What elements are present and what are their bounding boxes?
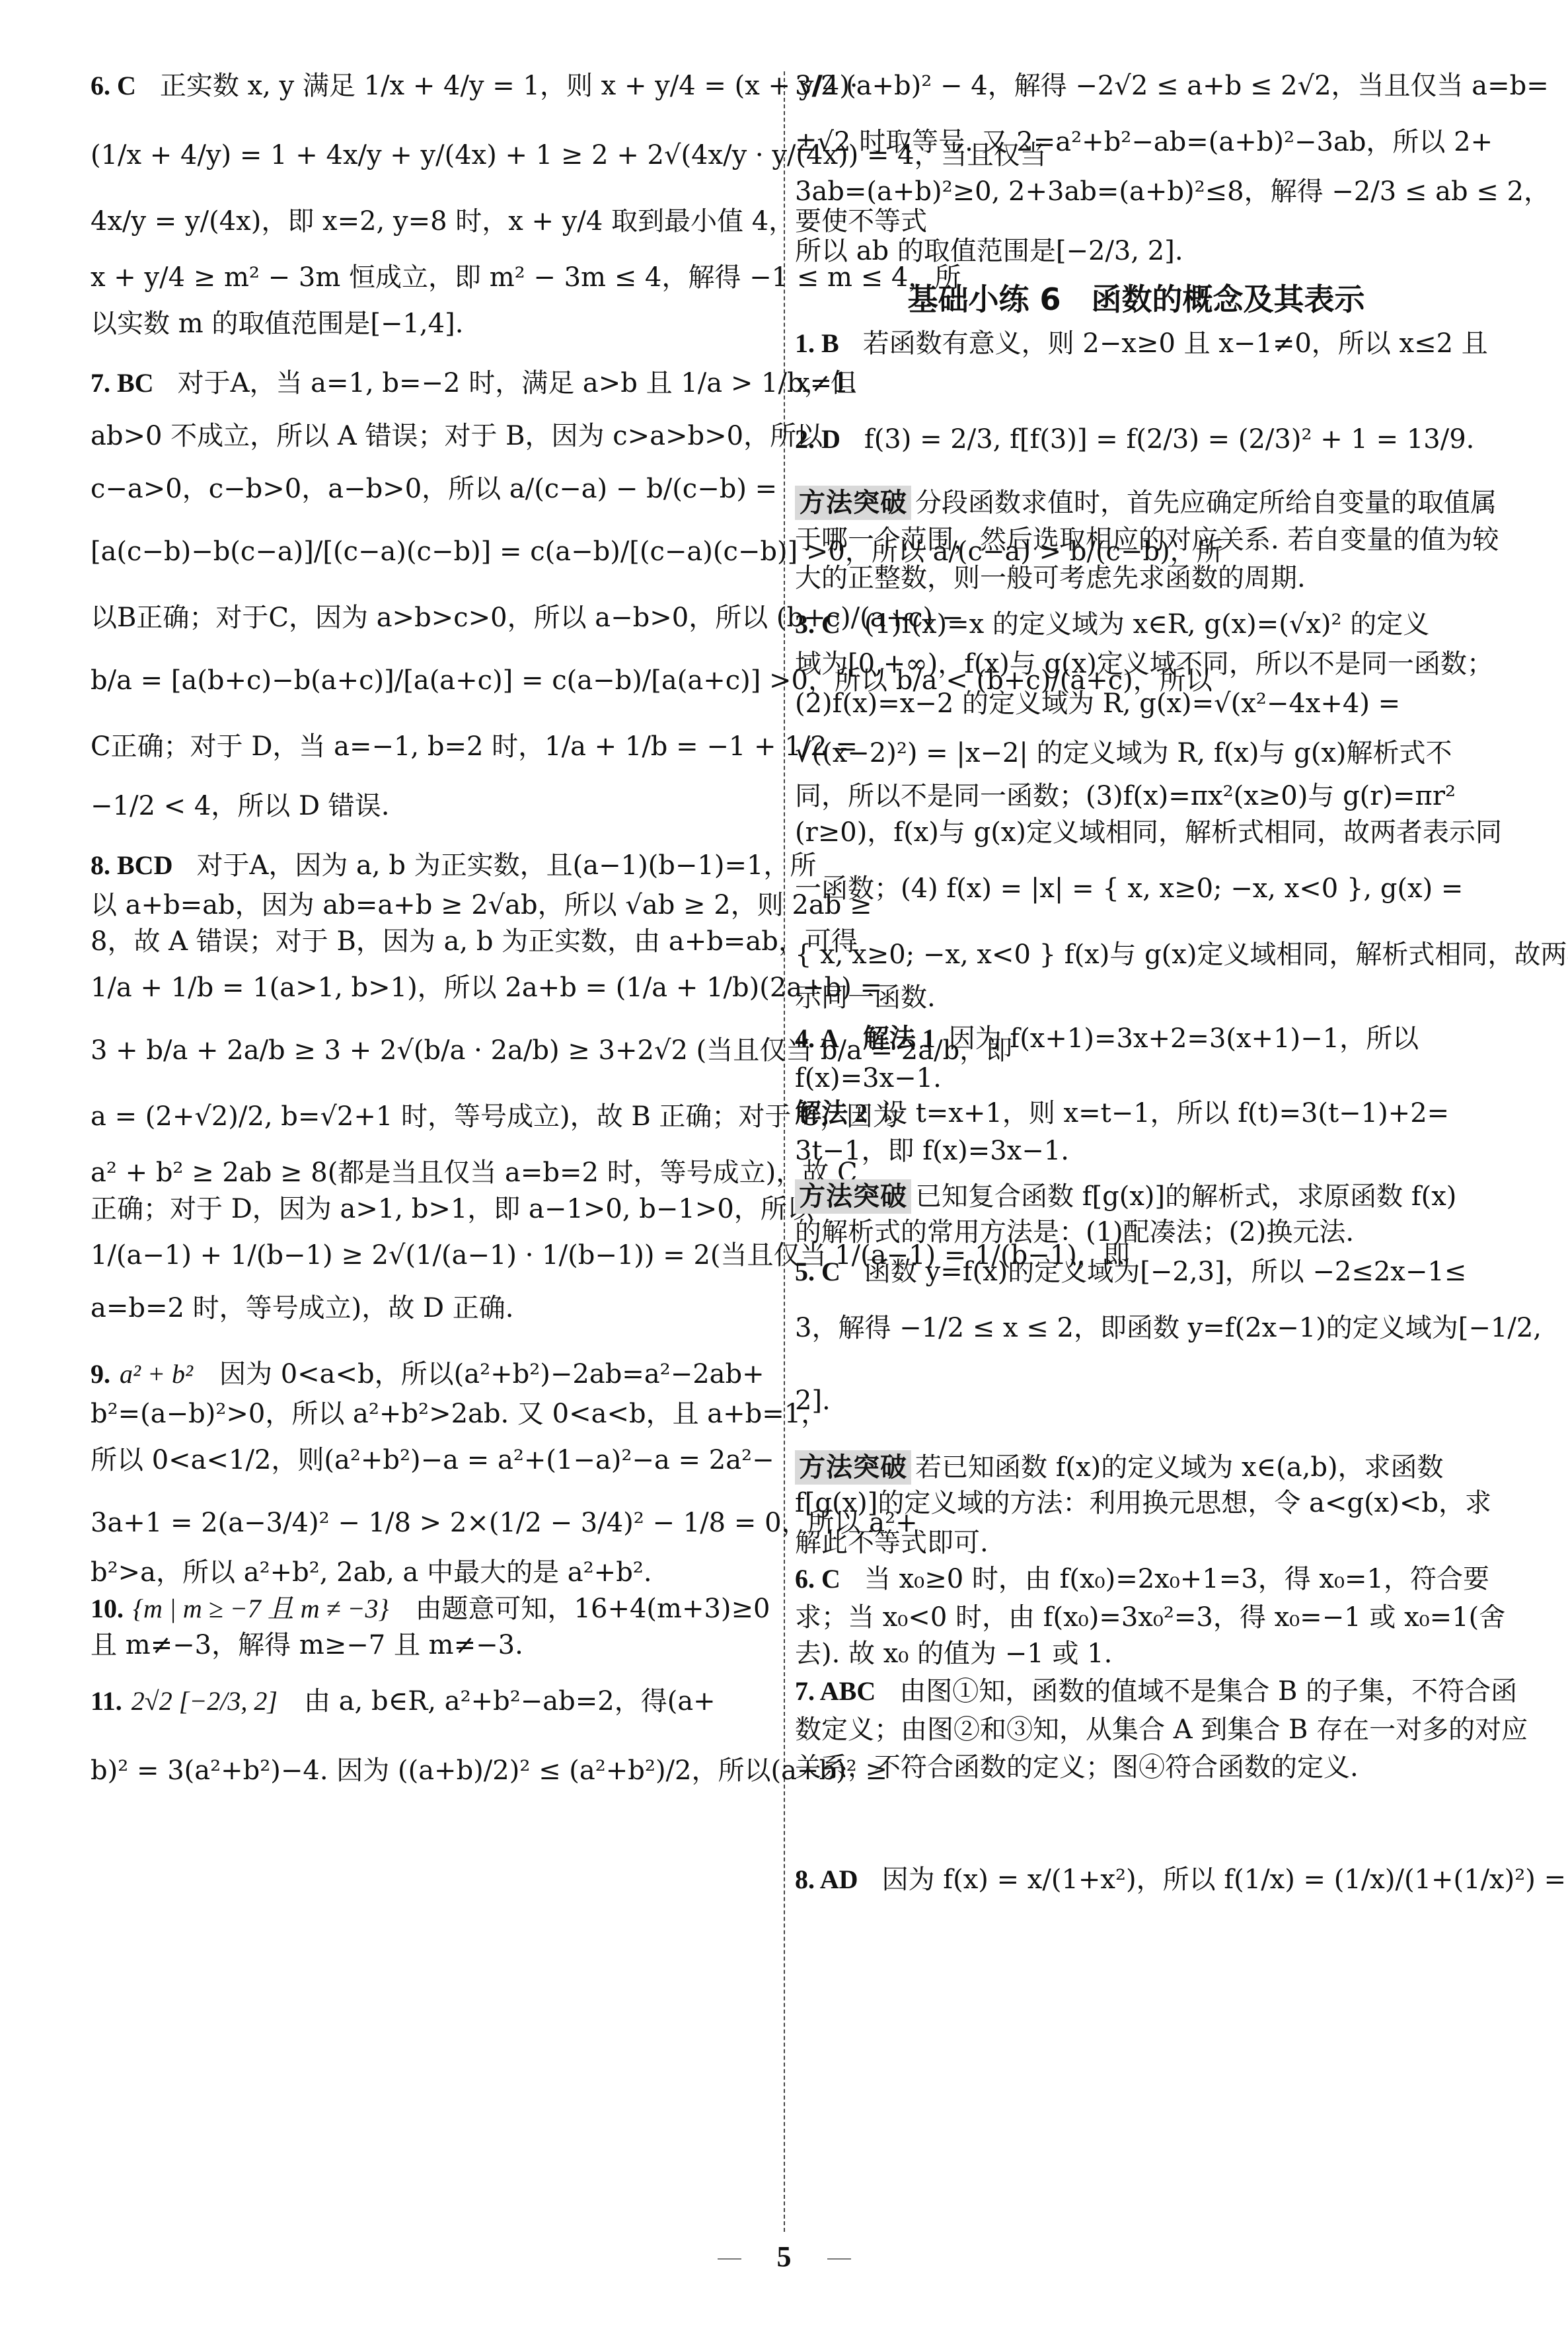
answer-text: 由图①知，函数的值域不是集合 B 的子集，不符合函 xyxy=(899,1678,1517,1705)
section-title: 基础小练 6 函数的概念及其表示 xyxy=(795,284,1477,314)
question-number: 5. C xyxy=(795,1259,840,1285)
text-line: 关系，不符合函数的定义；图④符合函数的定义. xyxy=(795,1754,1359,1781)
question-number: 7. BC xyxy=(91,370,154,396)
answer-text: 因为 f(x) = x/(1+x²)，所以 f(1/x) = (1/x)/(1+… xyxy=(882,1866,1567,1893)
text-line: c−a>0，c−b>0，a−b>0，所以 a/(c−a) − b/(c−b) = xyxy=(91,476,777,502)
text-line: 解此不等式即可. xyxy=(795,1530,989,1556)
text-line: 3/2 (a+b)² − 4，解得 −2√2 ≤ a+b ≤ 2√2，当且仅当 … xyxy=(795,73,1549,99)
answer-q2: 2. D f(3) = 2/3, f[f(3)] = f(2/3) = (2/3… xyxy=(795,426,1474,453)
answer-value: 2√2 [−2/3, 2] xyxy=(131,1688,278,1715)
text-line: (r≥0)，f(x)与 g(x)定义域相同，解析式相同，故两者表示同 xyxy=(795,819,1502,846)
text-line: 的解析式的常用方法是：(1)配凑法；(2)换元法. xyxy=(795,1219,1354,1245)
answer-q6: 6. C 正实数 x, y 满足 1/x + 4/y = 1，则 x + y/4… xyxy=(91,73,858,99)
answer-q8: 8. AD 因为 f(x) = x/(1+x²)，所以 f(1/x) = (1/… xyxy=(795,1866,1566,1893)
text-line: { x, x≥0; −x, x<0 } f(x)与 g(x)定义域相同，解析式相… xyxy=(795,941,1568,968)
method-label: 解法 2 xyxy=(795,1100,868,1126)
text-line: b²=(a−b)²>0，所以 a²+b²>2ab. 又 0<a<b，且 a+b=… xyxy=(91,1401,827,1427)
answer-text: 若函数有意义，则 2−x≥0 且 x−1≠0，所以 x≤2 且 xyxy=(863,330,1488,357)
text-line: C正确；对于 D，当 a=−1, b=2 时，1/a + 1/b = −1 + … xyxy=(91,733,858,760)
footer-dash-right xyxy=(827,2258,851,2260)
text-line: 同，所以不是同一函数；(3)f(x)=πx²(x≥0)与 g(r)=πr² xyxy=(795,783,1456,809)
answer-value: {m | m ≥ −7 且 m ≠ −3} xyxy=(133,1596,389,1622)
answer-text: 因为 f(x+1)=3x+2=3(x+1)−1，所以 xyxy=(949,1025,1419,1052)
text-line: x≠1. xyxy=(795,370,857,396)
text-line: 去). 故 x₀ 的值为 −1 或 1. xyxy=(795,1641,1112,1667)
text-line: 3，解得 −1/2 ≤ x ≤ 2，即函数 y=f(2x−1)的定义域为[−1/… xyxy=(795,1315,1542,1341)
text-line: 数定义；由图②和③知，从集合 A 到集合 B 存在一对多的对应 xyxy=(795,1716,1528,1743)
answer-value: a² + b² xyxy=(120,1361,193,1387)
text-line: f(x)=3x−1. xyxy=(795,1065,942,1091)
question-number: 6. C xyxy=(795,1566,840,1592)
text-line: √((x−2)²) = |x−2| 的定义域为 R, f(x)与 g(x)解析式… xyxy=(795,740,1452,766)
text-line: 2]. xyxy=(795,1387,831,1414)
answer-text: 对于A，当 a=1, b=−2 时，满足 a>b 且 1/a > 1/b，但 xyxy=(178,370,857,396)
answer-text: 因为 0<a<b，所以(a²+b²)−2ab=a²−2ab+ xyxy=(219,1361,765,1387)
answer-text: (1)f(x)=x 的定义域为 x∈R, g(x)=(√x)² 的定义 xyxy=(864,611,1429,638)
text-line: a² + b² ≥ 2ab ≥ 8(都是当且仅当 a=b=2 时，等号成立)，故… xyxy=(91,1160,858,1186)
text-line: 所以 0<a<1/2，则(a²+b²)−a = a²+(1−a)²−a = 2a… xyxy=(91,1447,774,1473)
answer-text: 设 t=x+1，则 x=t−1，所以 f(t)=3(t−1)+2= xyxy=(881,1100,1449,1126)
method-badge: 方法突破 xyxy=(795,1179,911,1214)
text-line: 域为[0,+∞)，f(x)与 g(x)定义域不同，所以不是同一函数； xyxy=(795,651,1493,677)
text-line: 8，故 A 错误；对于 B，因为 a, b 为正实数，由 a+b=ab，可得 xyxy=(91,928,858,955)
answer-q1: 1. B 若函数有意义，则 2−x≥0 且 x−1≠0，所以 x≤2 且 xyxy=(795,330,1488,357)
answer-text: 正实数 x, y 满足 1/x + 4/y = 1，则 x + y/4 = (x… xyxy=(160,73,858,99)
answer-text: 当 x₀≥0 时，由 f(x₀)=2x₀+1=3，得 x₀=1，符合要 xyxy=(864,1566,1489,1592)
tip-text: 若已知函数 f(x)的定义域为 x∈(a,b)，求函数 xyxy=(915,1454,1444,1481)
text-line: 3t−1，即 f(x)=3x−1. xyxy=(795,1138,1069,1164)
text-line: ab>0 不成立，所以 A 错误；对于 B，因为 c>a>b>0，所以 xyxy=(91,423,823,449)
text-line: ±√2 时取等号. 又 2=a²+b²−ab=(a+b)²−3ab，所以 2+ xyxy=(795,129,1493,155)
method-tip-3: 方法突破 若已知函数 f(x)的定义域为 x∈(a,b)，求函数 xyxy=(795,1450,1444,1485)
question-number: 2. D xyxy=(795,426,840,453)
question-number: 7. ABC xyxy=(795,1678,876,1705)
answer-text: f(3) = 2/3, f[f(3)] = f(2/3) = (2/3)² + … xyxy=(864,426,1474,453)
text-line: f[g(x)]的定义域的方法：利用换元思想，令 a<g(x)<b，求 xyxy=(795,1490,1491,1516)
text-line: b²>a，所以 a²+b², 2ab, a 中最大的是 a²+b². xyxy=(91,1559,652,1586)
text-line: 一函数；(4) f(x) = |x| = { x, x≥0; −x, x<0 }… xyxy=(795,875,1463,902)
question-number: 8. AD xyxy=(795,1866,858,1893)
question-number: 9. xyxy=(91,1361,110,1387)
text-line: 求；当 x₀<0 时，由 f(x₀)=3x₀²=3，得 x₀=−1 或 x₀=1… xyxy=(795,1604,1505,1631)
method-label: 解法 1 xyxy=(863,1025,936,1052)
text-line: 4x/y = y/(4x)，即 x=2, y=8 时，x + y/4 取到最小值… xyxy=(91,208,927,235)
text-line: 于哪一个范围，然后选取相应的对应关系. 若自变量的值为较 xyxy=(795,527,1499,553)
text-line: (2)f(x)=x−2 的定义域为 R, g(x)=√(x²−4x+4) = xyxy=(795,690,1400,717)
text-line: −1/2 < 4，所以 D 错误. xyxy=(91,793,390,819)
answer-q10: 10. {m | m ≥ −7 且 m ≠ −3} 由题意可知，16+4(m+3… xyxy=(91,1596,770,1622)
text-line: 以实数 m 的取值范围是[−1,4]. xyxy=(91,311,463,337)
method-tip-1: 方法突破 分段函数求值时，首先应确定所给自变量的取值属 xyxy=(795,486,1497,520)
tip-text: 分段函数求值时，首先应确定所给自变量的取值属 xyxy=(915,490,1497,516)
text-line: 示同一函数. xyxy=(795,984,936,1011)
answer-text: 由 a, b∈R, a²+b²−ab=2，得(a+ xyxy=(304,1688,716,1715)
answer-q11: 11. 2√2 [−2/3, 2] 由 a, b∈R, a²+b²−ab=2，得… xyxy=(91,1688,716,1715)
method-badge: 方法突破 xyxy=(795,486,911,520)
answer-text: 对于A，因为 a, b 为正实数，且(a−1)(b−1)=1，所 xyxy=(196,852,816,879)
text-line: 大的正整数，则一般可考虑先求函数的周期. xyxy=(795,565,1306,591)
text-line: b)² = 3(a²+b²)−4. 因为 ((a+b)/2)² ≤ (a²+b²… xyxy=(91,1757,887,1784)
question-number: 3. C xyxy=(795,611,840,638)
text-line: 3ab=(a+b)²≥0, 2+3ab=(a+b)²≤8，解得 −2/3 ≤ a… xyxy=(795,178,1550,205)
answer-q3: 3. C (1)f(x)=x 的定义域为 x∈R, g(x)=(√x)² 的定义 xyxy=(795,611,1429,638)
text-line: 3a+1 = 2(a−3/4)² − 1/8 > 2×(1/2 − 3/4)² … xyxy=(91,1510,918,1536)
page-number: 5 xyxy=(777,2240,792,2273)
page-footer: 5 xyxy=(0,2240,1568,2273)
text-line: 所以 ab 的取值范围是[−2/3, 2]. xyxy=(795,238,1183,264)
answer-q5: 5. C 函数 y=f(x)的定义域为[−2,3]，所以 −2≤2x−1≤ xyxy=(795,1259,1466,1285)
text-line: 正确；对于 D，因为 a>1, b>1，即 a−1>0, b−1>0，所以 xyxy=(91,1196,813,1222)
question-number: 6. C xyxy=(91,73,136,99)
method-2: 解法 2 设 t=x+1，则 x=t−1，所以 f(t)=3(t−1)+2= xyxy=(795,1100,1449,1126)
method-badge: 方法突破 xyxy=(795,1450,911,1485)
question-number: 4. A xyxy=(795,1025,839,1052)
text-line: 以 a+b=ab，因为 ab=a+b ≥ 2√ab，所以 √ab ≥ 2，则 2… xyxy=(91,892,872,918)
answer-text: 函数 y=f(x)的定义域为[−2,3]，所以 −2≤2x−1≤ xyxy=(864,1259,1466,1285)
answer-q9: 9. a² + b² 因为 0<a<b，所以(a²+b²)−2ab=a²−2ab… xyxy=(91,1361,765,1387)
footer-dash-left xyxy=(718,2258,741,2260)
question-number: 11. xyxy=(91,1688,122,1715)
text-line: a = (2+√2)/2, b=√2+1 时，等号成立)，故 B 正确；对于 C… xyxy=(91,1103,899,1130)
tip-text: 已知复合函数 f[g(x)]的解析式，求原函数 f(x) xyxy=(915,1183,1456,1210)
answer-q8: 8. BCD 对于A，因为 a, b 为正实数，且(a−1)(b−1)=1，所 xyxy=(91,852,816,879)
answer-q4: 4. A 解法 1 因为 f(x+1)=3x+2=3(x+1)−1，所以 xyxy=(795,1025,1419,1052)
question-number: 1. B xyxy=(795,330,839,357)
answer-q7: 7. BC 对于A，当 a=1, b=−2 时，满足 a>b 且 1/a > 1… xyxy=(91,370,857,396)
text-line: 且 m≠−3，解得 m≥−7 且 m≠−3. xyxy=(91,1632,523,1658)
question-number: 8. BCD xyxy=(91,852,172,879)
question-number: 10. xyxy=(91,1596,124,1622)
text-line: 1/a + 1/b = 1(a>1, b>1)，所以 2a+b = (1/a +… xyxy=(91,975,882,1001)
answer-q7: 7. ABC 由图①知，函数的值域不是集合 B 的子集，不符合函 xyxy=(795,1678,1517,1705)
answer-text: 由题意可知，16+4(m+3)≥0 xyxy=(416,1596,770,1622)
method-tip-2: 方法突破 已知复合函数 f[g(x)]的解析式，求原函数 f(x) xyxy=(795,1179,1456,1214)
answer-q6: 6. C 当 x₀≥0 时，由 f(x₀)=2x₀+1=3，得 x₀=1，符合要 xyxy=(795,1566,1489,1592)
text-line: a=b=2 时，等号成立)，故 D 正确. xyxy=(91,1295,513,1321)
